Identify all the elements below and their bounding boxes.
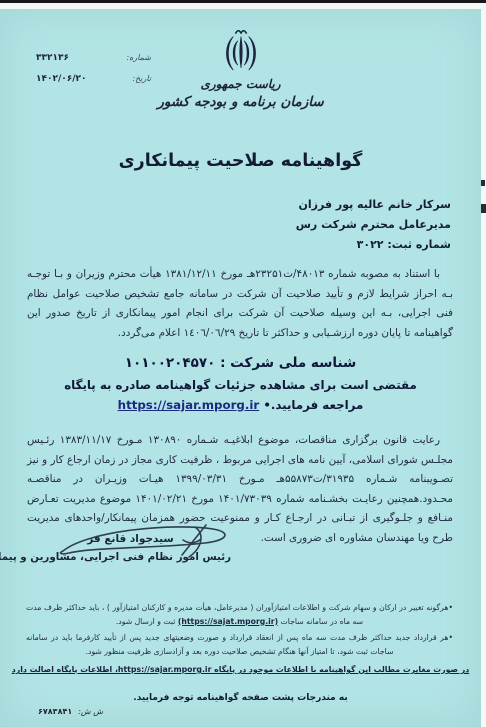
sajat-portal-link[interactable]: (https://sajat.mporg.ir) [178, 617, 278, 626]
mismatch-text-end: ، اطلاعات پایگاه اصالت دارد [12, 665, 118, 674]
sajar-portal-link-disclaimer[interactable]: https://sajar.mporg.ir [118, 665, 212, 674]
portal-url-line: مراجعه فرمایید.• https://sajar.mporg.ir [0, 398, 481, 412]
letter-number-value: ۳۳۲۱۳۶ [36, 53, 69, 63]
signer-title: رئیس امور نظام فنی اجرایی، مشاورین و پیم… [30, 551, 231, 563]
footnote1-text-end: ثبت و ارسال شود. [116, 617, 178, 626]
body-paragraph-qualification: با استناد به مصوبه شماره ۴۸۰۱۳/ت۲۳۲۵۱هـ … [27, 265, 453, 343]
national-id-line: شناسه ملی شرکت : ۱۰۱۰۰۲۰۴۵۷۰ [0, 355, 481, 371]
scan-edge-line [0, 0, 486, 3]
back-page-note: به مندرجات پشت صفحه گواهینامه توجه فرمای… [0, 693, 481, 703]
tracking-number-block: ش ش: ۶۷۸۳۸۴۱ [38, 707, 103, 716]
iran-national-emblem-icon [220, 27, 262, 74]
letter-number-label: شماره: [126, 53, 151, 62]
letter-date-row: تاریخ: ۱۴۰۲/۰۶/۲۰ [36, 74, 151, 84]
signature-block: سیدجواد قانع فر رئیس امور نظام فنی اجرای… [30, 533, 231, 563]
addressee-block: سرکار خانم عالیه پور فرزان مدیرعامل محتر… [296, 195, 451, 255]
addressee-role: مدیرعامل محترم شرکت رس [296, 215, 451, 235]
national-id-block: شناسه ملی شرکت : ۱۰۱۰۰۲۰۴۵۷۰ مقتضی است ب… [0, 355, 481, 412]
mismatch-text: در صورت مغایرت مطالب این گواهینامه با اط… [211, 665, 469, 674]
view-details-line: مقتضی است برای مشاهده جزئیات گواهینامه ص… [0, 378, 481, 392]
mismatch-disclaimer-line: در صورت مغایرت مطالب این گواهینامه با اط… [0, 665, 481, 674]
addressee-registration-number: شماره ثبت: ۳۰۲۲ [296, 235, 451, 255]
sajar-portal-link[interactable]: https://sajar.mporg.ir [118, 398, 260, 412]
letter-date-label: تاریخ: [132, 74, 151, 83]
tracking-label: ش ش: [78, 707, 103, 716]
certificate-paper: ریاست جمهوری سازمان برنامه و بودجه کشور … [0, 9, 481, 727]
letter-number-row: شماره: ۳۳۲۱۳۶ [36, 53, 151, 63]
scanned-certificate-page: { "page": { "paper_color": "#b2e4e5", "i… [0, 0, 486, 727]
footnotes-block: •هرگونه تغییر در ارکان و سهام شرکت و اطل… [26, 601, 453, 661]
letterhead-organization: سازمان برنامه و بودجه کشور [0, 94, 481, 110]
tracking-value: ۶۷۸۳۸۴۱ [38, 707, 72, 716]
footnote-company-changes: •هرگونه تغییر در ارکان و سهام شرکت و اطل… [26, 601, 453, 628]
certificate-title: گواهینامه صلاحیت پیمانکاری [0, 151, 481, 171]
footnote-new-contracts: •هر قرارداد جدید حداکثر ظرف مدت سه ماه پ… [26, 631, 453, 658]
visit-suffix-text: مراجعه فرمایید.• [263, 398, 363, 412]
scan-artifact [481, 180, 485, 186]
signer-name: سیدجواد قانع فر [30, 533, 231, 545]
letter-date-value: ۱۴۰۲/۰۶/۲۰ [36, 74, 87, 84]
addressee-name: سرکار خانم عالیه پور فرزان [296, 195, 451, 215]
letter-meta: شماره: ۳۳۲۱۳۶ تاریخ: ۱۴۰۲/۰۶/۲۰ [36, 53, 151, 95]
